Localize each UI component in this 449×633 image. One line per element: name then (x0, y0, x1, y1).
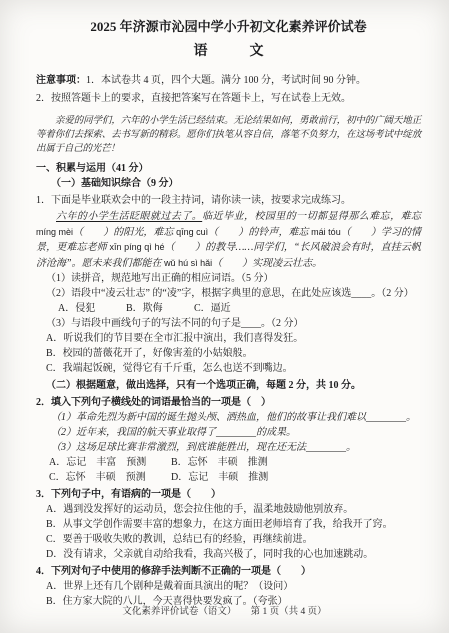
q3-option-d: D．没有请求，父亲就自动给我看，我高兴极了，同时我的心也加速跳动。 (36, 547, 421, 562)
q1-sub3: （3）与语段中画线句子的写法不同的句子是____。（2 分） (36, 316, 421, 331)
passage-text: 临近毕业，校园里的一切都显得那么难忘，难忘 (202, 211, 421, 222)
section-1-heading: 一、积累与运用（41 分） (36, 161, 421, 176)
q1-sub2-option-c: C．逼近 (194, 301, 256, 316)
passage-pinyin: qīng cuì (176, 227, 208, 237)
foreword: 亲爱的同学们，六年的小学生活已经结束。无论结果如何，勇敢前行，初中的广阔天地正等… (36, 114, 421, 156)
q2-option-c: C．忘怀 丰硕 预测 (49, 470, 171, 485)
q2-option-b: B．忘怀 丰硕 推测 (171, 457, 268, 468)
q3-option-a: A．遇到没发挥好的运动员，您会拉住他的手，温柔地鼓励他别放弃。 (36, 502, 421, 517)
q1-passage-underlined-sentence: 六年的小学生活眨眼就过去了。 (56, 211, 202, 222)
q1-sub2-option-b: B．欺侮 (126, 301, 188, 316)
part-2-heading: （二）根据题意，做出选择，只有一个选项正确，每题 2 分，共 10 分。 (36, 378, 421, 393)
q1-sub2-option-a: A．侵犯 (58, 301, 120, 316)
q1-sub3-option-a: A．听说我们的节目要在全市汇报中演出，我们喜得发狂。 (36, 331, 421, 346)
notice-label: 注意事项： (36, 75, 86, 86)
passage-pinyin: wǔ hú sì hǎi (164, 258, 212, 268)
page-footer: 文化素养评价试卷（语文） 第 1 页（共 4 页） (0, 605, 449, 620)
q2-sub2: （2）近年来，我国的航天事业取得了________的成果。 (36, 425, 421, 440)
notice-text-1: 1．本试卷共 4 页，四个大题。满分 100 分，考试时间 90 分钟。 (86, 75, 366, 86)
passage-text: （ ）的铃声，难忘 (208, 227, 311, 238)
passage-pinyin: míng mèi (36, 227, 73, 237)
passage-pinyin: xīn píng qì hé (110, 242, 165, 252)
q2-options-row-1: A．忘记 丰富 预测B．忘怀 丰硕 推测 (36, 455, 421, 470)
exam-page: 2025 年济源市沁园中学小升初文化素养评价试卷 语 文 注意事项：1．本试卷共… (0, 0, 449, 633)
q2-option-a: A．忘记 丰富 预测 (49, 455, 171, 470)
q1-sub3-option-b: B．校园的蔷薇花开了，好像害羞的小姑娘般。 (36, 346, 421, 361)
q2-sub1: （1）革命先烈为新中国的诞生抛头颅、洒热血，他们的故事让我们难以________… (36, 410, 421, 425)
q1-sub2-options: A．侵犯B．欺侮C．逼近 (36, 301, 421, 316)
passage-text: （ ）的阳光，难忘 (73, 227, 176, 238)
q4-stem: 4．下列对句子中使用的修辞手法判断不正确的一项是（ ） (36, 564, 421, 579)
notice-text-2: 2．按照答题卡上的要求，直接把答案写在答题卡上，写在试卷上无效。 (36, 93, 351, 104)
paper-title: 2025 年济源市沁园中学小升初文化素养评价试卷 (36, 18, 421, 36)
q1-sub1: （1）读拼音，规范地写出正确的相应词语。（5 分） (36, 271, 421, 286)
q4-option-a: A．世界上还有几个剧种是戴着面具演出的呢？（设问） (36, 579, 421, 594)
notice-line-2: 2．按照答题卡上的要求，直接把答案写在答题卡上，写在试卷上无效。 (36, 90, 421, 108)
q3-stem: 3．下列句子中，有语病的一项是（ ） (36, 487, 421, 502)
q1-sub2: （2）语段中“凌云壮志” 的“凌”字，根据字典里的意思，在此处应该选____。（… (36, 286, 421, 301)
part-1-heading: （一）基础知识综合（9 分） (36, 176, 421, 191)
q3-option-b: B．从事文学创作需要丰富的想象力，在这方面田老师培育了我，给我开了窍。 (36, 517, 421, 532)
passage-text: （ ）实现凌云壮志。 (212, 258, 322, 269)
q2-sub3: （3）这场足球比赛非常激烈，到底谁能胜出，现在还无法________。 (36, 440, 421, 455)
notice-line-1: 注意事项：1．本试卷共 4 页，四个大题。满分 100 分，考试时间 90 分钟… (36, 72, 421, 90)
q1-passage: 六年的小学生活眨眼就过去了。临近毕业，校园里的一切都显得那么难忘，难忘 míng… (36, 209, 421, 271)
passage-pinyin: mái tóu (311, 227, 341, 237)
q2-stem: 2．填入下列句子横线处的词语最恰当的一项是（ ） (36, 395, 421, 410)
q3-option-c: C．要善于吸收失败的教训，总结已有的经验，再继续前进。 (36, 532, 421, 547)
q1-sub3-option-c: C．我端起饭碗，觉得它有千斤重，怎么也送不到嘴边。 (36, 361, 421, 376)
paper-subject: 语 文 (36, 42, 421, 62)
q1-stem: 1．下面是毕业联欢会中的一段主持词，请你读一读，按要求完成练习。 (36, 193, 421, 208)
q2-option-d: D．忘记 丰硕 推测 (171, 472, 268, 483)
q2-options-row-2: C．忘怀 丰硕 预测D．忘记 丰硕 推测 (36, 470, 421, 485)
